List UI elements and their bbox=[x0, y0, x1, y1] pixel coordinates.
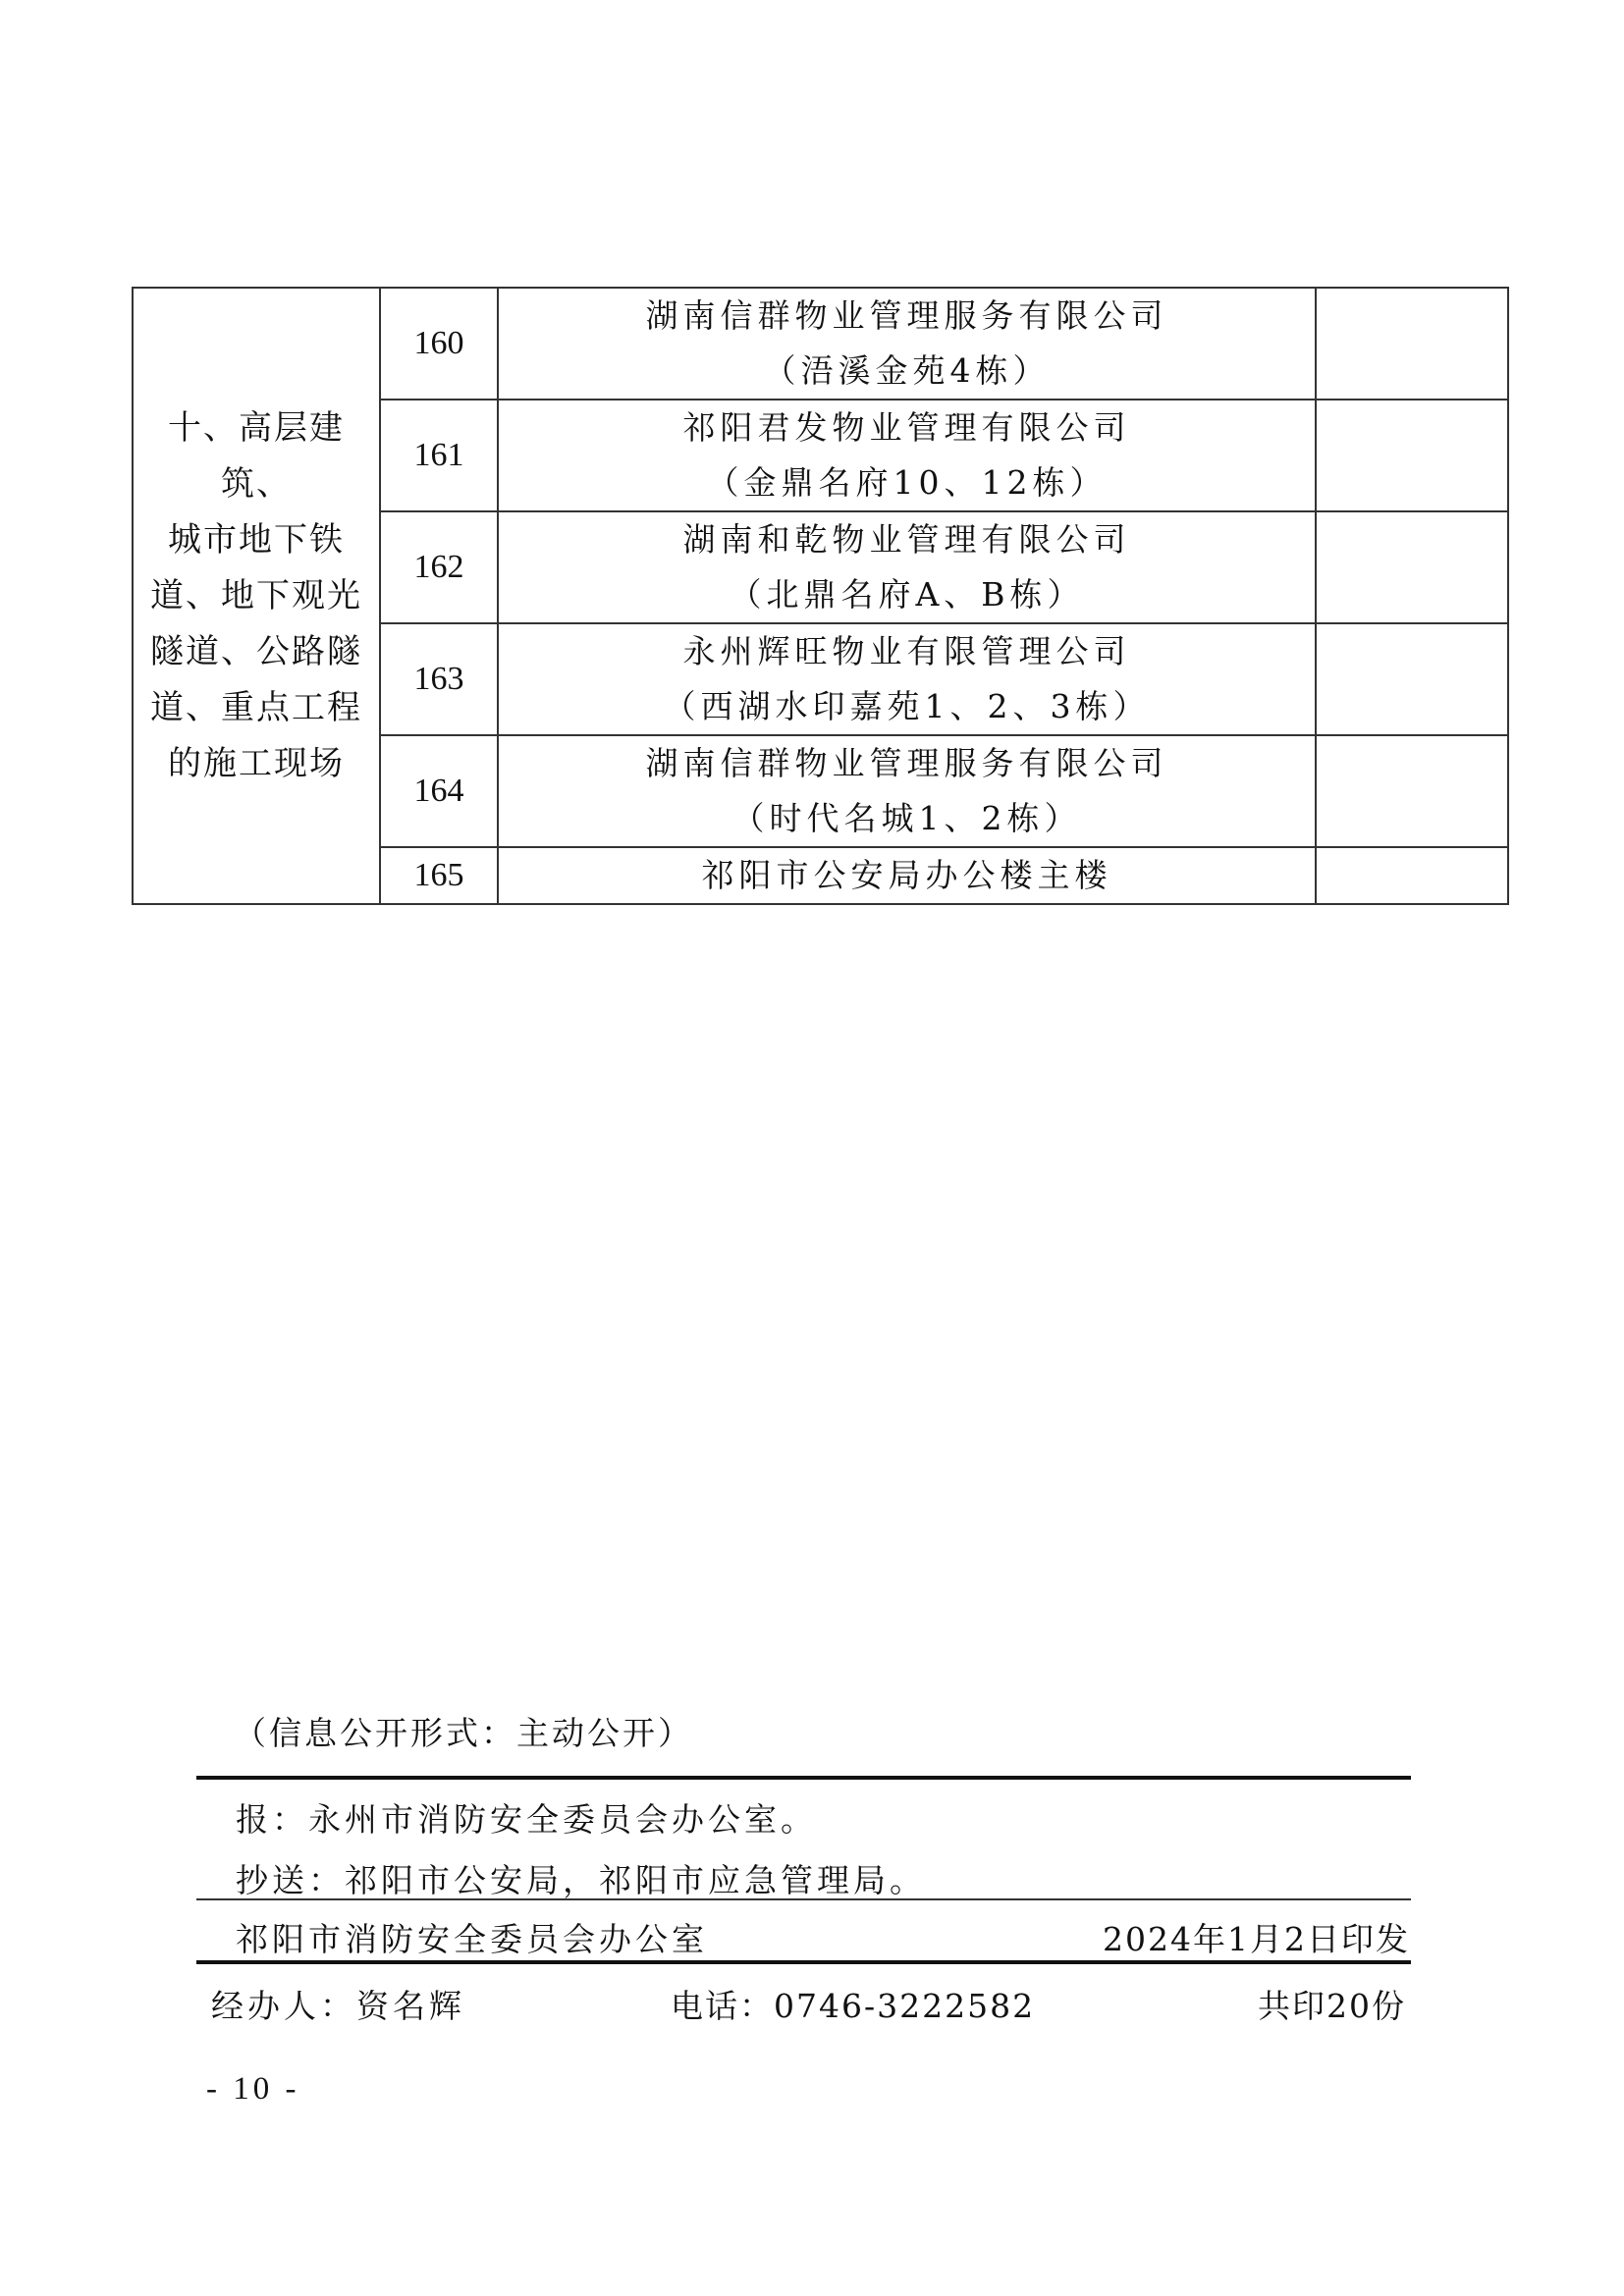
handler-line: 经办人：资名辉 bbox=[211, 1981, 465, 2027]
phone-line: 电话：0746-3222582 bbox=[671, 1981, 1035, 2027]
category-line: 的施工现场 bbox=[137, 736, 375, 792]
unit-cell: 湖南和乾物业管理有限公司 （北鼎名府A、B栋） bbox=[498, 511, 1316, 623]
unit-cell: 永州辉旺物业有限管理公司 （西湖水印嘉苑1、2、3栋） bbox=[498, 623, 1316, 735]
unit-cell: 湖南信群物业管理服务有限公司 （时代名城1、2栋） bbox=[498, 735, 1316, 847]
unit-cell: 祁阳市公安局办公楼主楼 bbox=[498, 847, 1316, 904]
remark-cell bbox=[1316, 511, 1508, 623]
unit-name: 祁阳市公安局办公楼主楼 bbox=[499, 848, 1315, 903]
divider-thick-top bbox=[196, 1776, 1411, 1780]
unit-name: 祁阳君发物业管理有限公司 bbox=[499, 400, 1315, 455]
category-line: 道、重点工程 bbox=[137, 680, 375, 736]
row-number: 163 bbox=[380, 623, 498, 735]
unit-cell: 湖南信群物业管理服务有限公司 （浯溪金苑4栋） bbox=[498, 288, 1316, 400]
unit-roster-table: 十、高层建筑、 城市地下铁 道、地下观光 隧道、公路隧 道、重点工程 的施工现场… bbox=[132, 287, 1509, 905]
issuer-line: 祁阳市消防安全委员会办公室 bbox=[236, 1914, 708, 1960]
category-cell: 十、高层建筑、 城市地下铁 道、地下观光 隧道、公路隧 道、重点工程 的施工现场 bbox=[133, 288, 380, 904]
row-number: 161 bbox=[380, 400, 498, 511]
report-to-line: 报：永州市消防安全委员会办公室。 bbox=[236, 1794, 817, 1841]
unit-location: （浯溪金苑4栋） bbox=[499, 344, 1315, 399]
remark-cell bbox=[1316, 735, 1508, 847]
divider-thin bbox=[196, 1898, 1411, 1900]
issue-date: 2024年1月2日印发 bbox=[1103, 1914, 1410, 1960]
unit-name: 湖南信群物业管理服务有限公司 bbox=[499, 736, 1315, 791]
remark-cell bbox=[1316, 623, 1508, 735]
row-number: 160 bbox=[380, 288, 498, 400]
row-number: 165 bbox=[380, 847, 498, 904]
remark-cell bbox=[1316, 288, 1508, 400]
unit-location: （时代名城1、2栋） bbox=[499, 791, 1315, 846]
row-number: 164 bbox=[380, 735, 498, 847]
category-line: 隧道、公路隧 bbox=[137, 624, 375, 680]
unit-name: 湖南和乾物业管理有限公司 bbox=[499, 512, 1315, 567]
copies-line: 共印20份 bbox=[1258, 1981, 1406, 2027]
category-line: 城市地下铁 bbox=[137, 512, 375, 568]
page-number: - 10 - bbox=[206, 2071, 299, 2108]
unit-location: （北鼎名府A、B栋） bbox=[499, 567, 1315, 622]
disclosure-note: （信息公开形式：主动公开） bbox=[234, 1708, 693, 1754]
cc-line: 抄送：祁阳市公安局，祁阳市应急管理局。 bbox=[236, 1855, 926, 1901]
divider-thick-bottom bbox=[196, 1960, 1411, 1964]
category-line: 道、地下观光 bbox=[137, 568, 375, 624]
unit-name: 永州辉旺物业有限管理公司 bbox=[499, 624, 1315, 679]
row-number: 162 bbox=[380, 511, 498, 623]
remark-cell bbox=[1316, 400, 1508, 511]
document-page: 十、高层建筑、 城市地下铁 道、地下观光 隧道、公路隧 道、重点工程 的施工现场… bbox=[0, 0, 1624, 2296]
unit-name: 湖南信群物业管理服务有限公司 bbox=[499, 289, 1315, 344]
unit-location: （西湖水印嘉苑1、2、3栋） bbox=[499, 679, 1315, 734]
category-line: 十、高层建筑、 bbox=[137, 400, 375, 512]
unit-cell: 祁阳君发物业管理有限公司 （金鼎名府10、12栋） bbox=[498, 400, 1316, 511]
unit-location: （金鼎名府10、12栋） bbox=[499, 455, 1315, 510]
table-row: 十、高层建筑、 城市地下铁 道、地下观光 隧道、公路隧 道、重点工程 的施工现场… bbox=[133, 288, 1508, 400]
remark-cell bbox=[1316, 847, 1508, 904]
